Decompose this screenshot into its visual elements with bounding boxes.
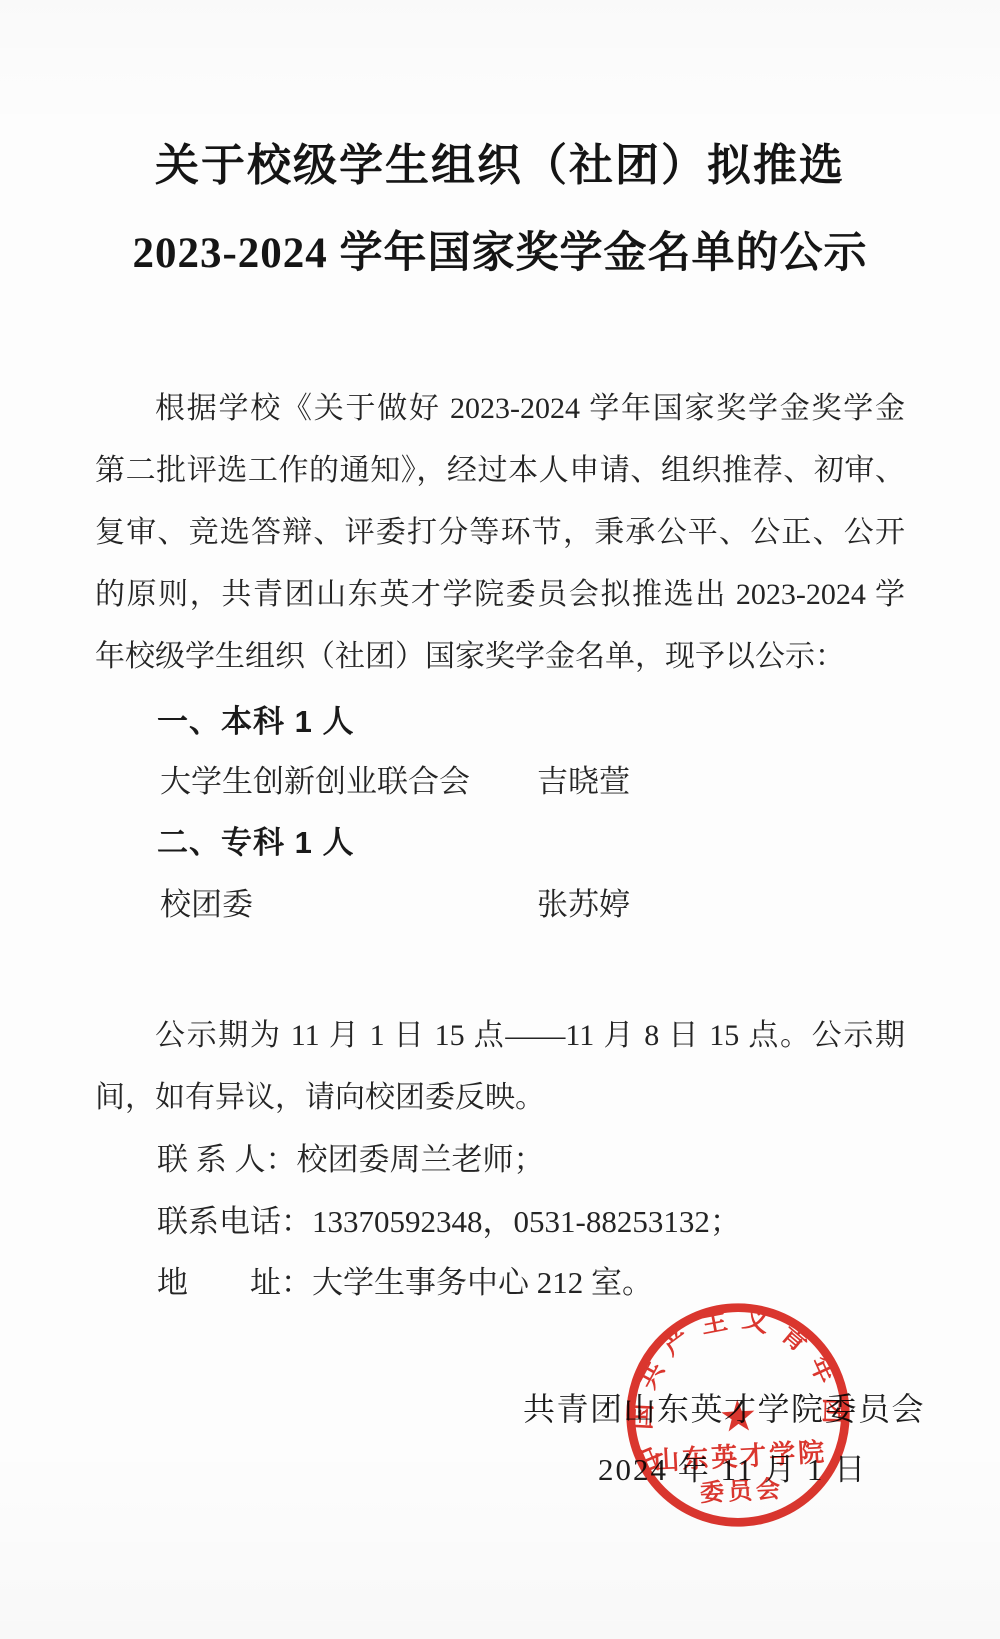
section-heading-college: 二、专科 1 人 xyxy=(157,821,354,865)
paragraph-line: 复审、竞选答辩、评委打分等环节，秉承公平、公正、公开 xyxy=(95,502,905,564)
contact-phone-line: 联系电话：13370592348，0531-88253132； xyxy=(157,1200,741,1244)
contact-value: 13370592348，0531-88253132； xyxy=(312,1204,741,1239)
intro-paragraph: 根据学校《关于做好 2023-2024 学年国家奖学金奖学金 第二批评选工作的通… xyxy=(95,378,905,688)
title-line-1: 关于校级学生组织（社团）拟推选 xyxy=(0,134,1000,198)
contact-value: 大学生事务中心 212 室。 xyxy=(312,1265,653,1300)
student-name: 张苏婷 xyxy=(537,883,630,927)
issuer-signature: 共青团山东英才学院委员会 xyxy=(523,1387,925,1431)
paragraph-line: 公示期为 11 月 1 日 15 点——11 月 8 日 15 点。公示期 xyxy=(95,1005,905,1067)
contact-label: 联系电话： xyxy=(157,1204,312,1239)
contact-person-line: 联 系 人：校团委周兰老师； xyxy=(157,1138,545,1182)
award-entry-college: 校团委张苏婷 xyxy=(160,883,630,927)
paragraph-line: 间，如有异议，请向校团委反映。 xyxy=(95,1067,905,1129)
paragraph-line: 年校级学生组织（社团）国家奖学金名单，现予以公示： xyxy=(95,626,905,688)
scholarship-announcement-document: 关于校级学生组织（社团）拟推选 2023-2024 学年国家奖学金名单的公示 根… xyxy=(0,0,1000,1639)
document-date: 2024 年 11 月 1 日 xyxy=(598,1448,867,1492)
paragraph-line: 第二批评选工作的通知》，经过本人申请、组织推荐、初审、 xyxy=(95,440,905,502)
contact-value: 校团委周兰老师； xyxy=(297,1142,545,1177)
contact-label: 地 址： xyxy=(157,1265,312,1300)
paragraph-line: 根据学校《关于做好 2023-2024 学年国家奖学金奖学金 xyxy=(95,378,905,440)
document-title: 关于校级学生组织（社团）拟推选 2023-2024 学年国家奖学金名单的公示 xyxy=(0,134,1000,286)
student-name: 吉晓萱 xyxy=(537,760,630,804)
organization-name: 校团委 xyxy=(160,883,537,927)
organization-name: 大学生创新创业联合会 xyxy=(160,760,537,804)
title-line-2: 2023-2024 学年国家奖学金名单的公示 xyxy=(0,222,1000,286)
contact-address-line: 地 址：大学生事务中心 212 室。 xyxy=(157,1261,653,1305)
contact-label: 联 系 人： xyxy=(157,1142,297,1177)
publicity-period-paragraph: 公示期为 11 月 1 日 15 点——11 月 8 日 15 点。公示期 间，… xyxy=(95,1005,905,1129)
award-entry-undergraduate: 大学生创新创业联合会吉晓萱 xyxy=(160,760,630,804)
section-heading-undergraduate: 一、本科 1 人 xyxy=(157,700,354,744)
paragraph-line: 的原则，共青团山东英才学院委员会拟推选出 2023-2024 学 xyxy=(95,564,905,626)
